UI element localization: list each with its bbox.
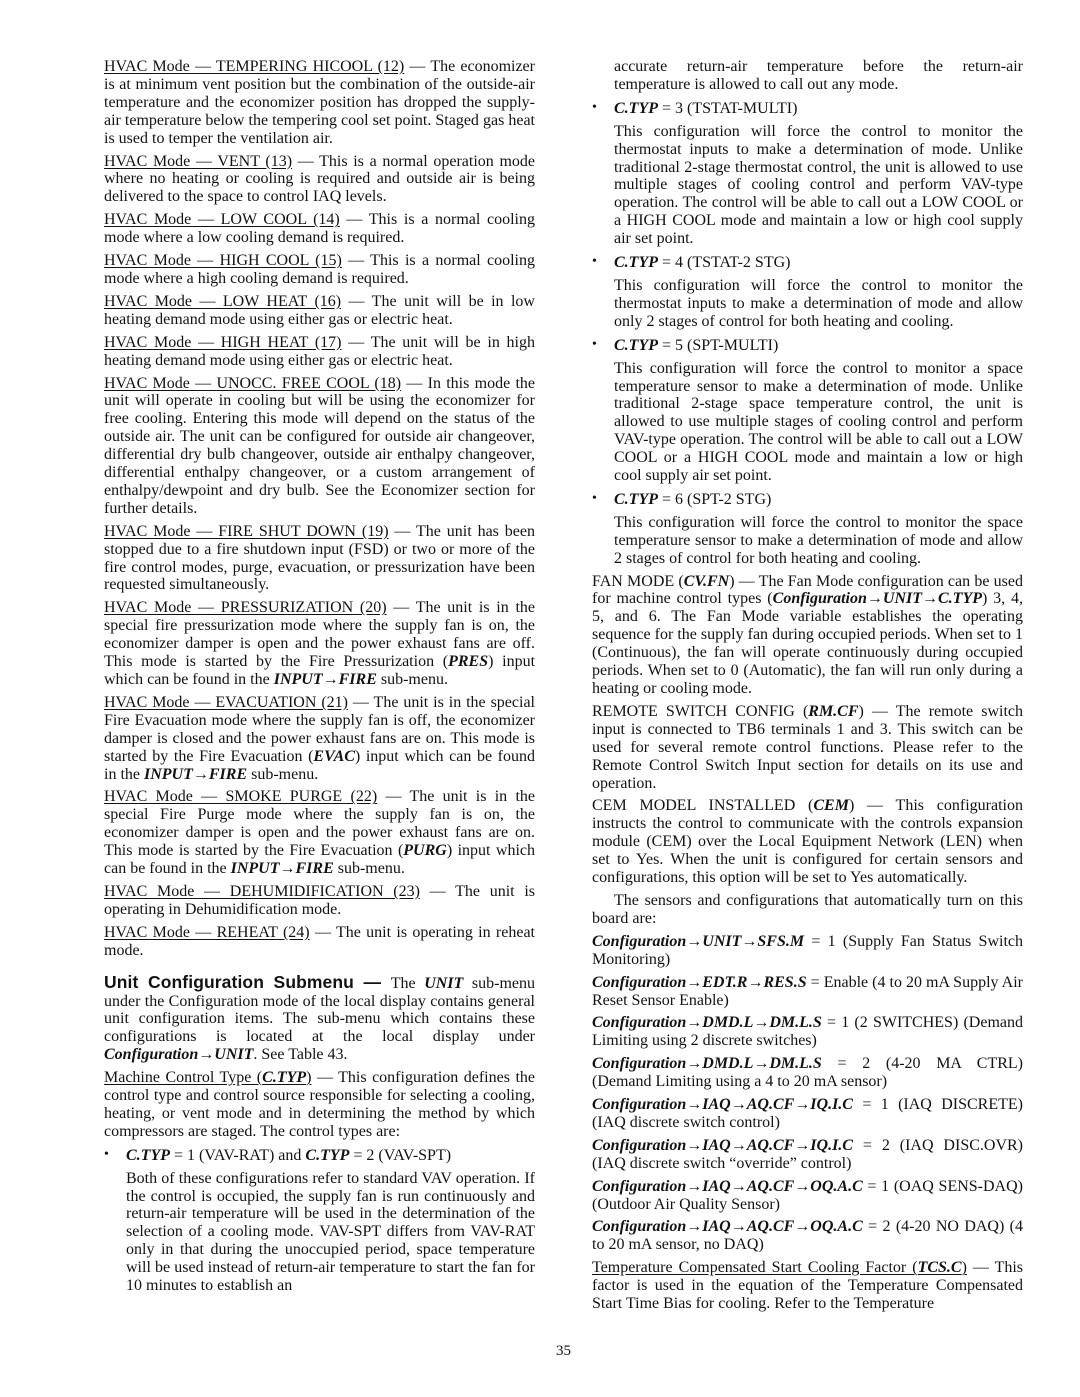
sub-paragraph: This configuration will force the contro…	[614, 277, 1023, 331]
term: Configuration→DMD.L→DM.L.S	[592, 1014, 822, 1031]
paragraph: HVAC Mode — VENT (13) — This is a normal…	[104, 153, 535, 207]
bullet-item: •C.TYP = 4 (TSTAT-2 STG)	[592, 254, 1023, 272]
paragraph: HVAC Mode — PRESSURIZATION (20) — The un…	[104, 599, 535, 689]
body-text: Both of these configurations refer to st…	[126, 1170, 535, 1294]
underlined-heading: HVAC Mode — PRESSURIZATION (20)	[104, 599, 387, 616]
body-text: This configuration will force the contro…	[614, 514, 1023, 567]
term: Configuration→DMD.L→DM.L.S	[592, 1055, 822, 1072]
body-text: = 4 (TSTAT-2 STG)	[658, 254, 790, 271]
body-text: = 1 (VAV-RAT) and	[170, 1147, 305, 1164]
left-column: HVAC Mode — TEMPERING HICOOL (12) — The …	[104, 58, 535, 1295]
body-text: The	[391, 975, 424, 992]
term: EVAC	[313, 748, 355, 765]
term: UNIT	[424, 975, 463, 992]
paragraph: The sensors and configurations that auto…	[592, 892, 1023, 928]
body-text: = 2 (VAV-SPT)	[349, 1147, 451, 1164]
body-text: FAN MODE (	[592, 573, 684, 590]
paragraph: Temperature Compensated Start Cooling Fa…	[592, 1259, 1023, 1313]
underlined-heading: HVAC Mode — REHEAT (24)	[104, 924, 310, 941]
paragraph: CEM MODEL INSTALLED (CEM) — This configu…	[592, 797, 1023, 887]
bullet-item: •C.TYP = 3 (TSTAT-MULTI)	[592, 100, 1023, 118]
underlined-heading: HVAC Mode — EVACUATION (21)	[104, 694, 348, 711]
bullet-icon: •	[104, 1147, 126, 1165]
sub-paragraph: This configuration will force the contro…	[614, 360, 1023, 485]
document-page: HVAC Mode — TEMPERING HICOOL (12) — The …	[0, 0, 1080, 1397]
paragraph: HVAC Mode — DEHUMIDIFICATION (23) — The …	[104, 883, 535, 919]
body-text: = 3 (TSTAT-MULTI)	[658, 100, 797, 117]
term: CV.FN	[684, 573, 730, 590]
bullet-item: •C.TYP = 5 (SPT-MULTI)	[592, 337, 1023, 355]
term: Configuration→UNIT→C.TYP	[773, 590, 982, 607]
bullet-label: C.TYP = 1 (VAV-RAT) and C.TYP = 2 (VAV-S…	[126, 1147, 535, 1165]
sub-paragraph: accurate return-air temperature before t…	[614, 58, 1023, 94]
body-text: sub-menu.	[377, 671, 448, 688]
paragraph: Configuration→IAQ→AQ.CF→IQ.I.C = 2 (IAQ …	[592, 1137, 1023, 1173]
underlined-heading: HVAC Mode — UNOCC. FREE COOL (18)	[104, 375, 401, 392]
term: INPUT→FIRE	[274, 671, 377, 688]
term: Configuration→IAQ→AQ.CF→OQ.A.C	[592, 1178, 863, 1195]
bullet-item: •C.TYP = 1 (VAV-RAT) and C.TYP = 2 (VAV-…	[104, 1147, 535, 1165]
term: C.TYP	[305, 1147, 349, 1164]
underlined-heading: HVAC Mode — SMOKE PURGE (22)	[104, 788, 377, 805]
term: Configuration→IAQ→AQ.CF→IQ.I.C	[592, 1137, 853, 1154]
paragraph: Configuration→UNIT→SFS.M = 1 (Supply Fan…	[592, 933, 1023, 969]
term: CEM	[813, 797, 849, 814]
body-text: CEM MODEL INSTALLED (	[592, 797, 813, 814]
bullet-label: C.TYP = 3 (TSTAT-MULTI)	[614, 100, 1023, 118]
underlined-heading: Temperature Compensated Start Cooling Fa…	[592, 1259, 918, 1276]
paragraph: Configuration→EDT.R→RES.S = Enable (4 to…	[592, 974, 1023, 1010]
term: INPUT→FIRE	[144, 766, 247, 783]
underlined-term: C.TYP	[262, 1069, 306, 1086]
term: Configuration→EDT.R→RES.S	[592, 974, 807, 991]
body-text: This configuration will force the contro…	[614, 277, 1023, 330]
bullet-icon: •	[592, 100, 614, 118]
underlined-heading: HVAC Mode — HIGH COOL (15)	[104, 252, 342, 269]
underlined-heading: HVAC Mode — LOW HEAT (16)	[104, 293, 341, 310]
underlined-heading: HVAC Mode — FIRE SHUT DOWN (19)	[104, 523, 389, 540]
underlined-heading: HVAC Mode — HIGH HEAT (17)	[104, 334, 342, 351]
body-text: REMOTE SWITCH CONFIG (	[592, 703, 808, 720]
body-text: This configuration will force the contro…	[614, 123, 1023, 247]
bullet-item: •C.TYP = 6 (SPT-2 STG)	[592, 491, 1023, 509]
paragraph: FAN MODE (CV.FN) — The Fan Mode configur…	[592, 573, 1023, 698]
underlined-heading: HVAC Mode — LOW COOL (14)	[104, 211, 340, 228]
body-text: sub-menu.	[247, 766, 318, 783]
underlined-heading: HVAC Mode — DEHUMIDIFICATION (23)	[104, 883, 420, 900]
bullet-label: C.TYP = 6 (SPT-2 STG)	[614, 491, 1023, 509]
section-heading-paragraph: Unit Configuration Submenu — The UNIT su…	[104, 973, 535, 1065]
body-text: = 5 (SPT-MULTI)	[658, 337, 778, 354]
paragraph: Configuration→IAQ→AQ.CF→OQ.A.C = 2 (4-20…	[592, 1218, 1023, 1254]
term: Configuration→IAQ→AQ.CF→OQ.A.C	[592, 1218, 863, 1235]
underlined-heading: Machine Control Type (	[104, 1069, 262, 1086]
body-text: sub-menu.	[334, 860, 405, 877]
term: RM.CF	[808, 703, 858, 720]
paragraph: HVAC Mode — HIGH HEAT (17) — The unit wi…	[104, 334, 535, 370]
underlined-term: TCS.C	[918, 1259, 962, 1276]
body-text: The sensors and configurations that auto…	[592, 892, 1023, 927]
paragraph: HVAC Mode — TEMPERING HICOOL (12) — The …	[104, 58, 535, 148]
paragraph: HVAC Mode — HIGH COOL (15) — This is a n…	[104, 252, 535, 288]
bullet-label: C.TYP = 4 (TSTAT-2 STG)	[614, 254, 1023, 272]
term: Configuration→UNIT	[104, 1046, 253, 1063]
body-text: . See Table 43.	[253, 1046, 347, 1063]
paragraph: HVAC Mode — REHEAT (24) — The unit is op…	[104, 924, 535, 960]
paragraph: HVAC Mode — FIRE SHUT DOWN (19) — The un…	[104, 523, 535, 595]
body-text: — In this mode the unit will operate in …	[104, 375, 535, 517]
sub-paragraph: This configuration will force the contro…	[614, 514, 1023, 568]
underlined-heading: HVAC Mode — VENT (13)	[104, 153, 292, 170]
section-title: Unit Configuration Submenu —	[104, 972, 391, 992]
underlined-heading: HVAC Mode — TEMPERING HICOOL (12)	[104, 58, 404, 75]
paragraph: Configuration→IAQ→AQ.CF→OQ.A.C = 1 (OAQ …	[592, 1178, 1023, 1214]
bullet-icon: •	[592, 254, 614, 272]
paragraph: HVAC Mode — LOW COOL (14) — This is a no…	[104, 211, 535, 247]
paragraph: Configuration→DMD.L→DM.L.S = 1 (2 SWITCH…	[592, 1014, 1023, 1050]
term: C.TYP	[614, 100, 658, 117]
term: C.TYP	[126, 1147, 170, 1164]
term: INPUT→FIRE	[231, 860, 334, 877]
body-text: This configuration will force the contro…	[614, 360, 1023, 484]
term: PURG	[403, 842, 447, 859]
paragraph: HVAC Mode — UNOCC. FREE COOL (18) — In t…	[104, 375, 535, 518]
term: PRES	[448, 653, 488, 670]
body-text: = 6 (SPT-2 STG)	[658, 491, 771, 508]
right-column: accurate return-air temperature before t…	[592, 58, 1023, 1313]
bullet-icon: •	[592, 491, 614, 509]
paragraph: HVAC Mode — EVACUATION (21) — The unit i…	[104, 694, 535, 784]
page-number: 35	[104, 1343, 1023, 1360]
paragraph: REMOTE SWITCH CONFIG (RM.CF) — The remot…	[592, 703, 1023, 793]
term: C.TYP	[614, 254, 658, 271]
sub-paragraph: This configuration will force the contro…	[614, 123, 1023, 248]
term: C.TYP	[614, 337, 658, 354]
paragraph: Configuration→IAQ→AQ.CF→IQ.I.C = 1 (IAQ …	[592, 1096, 1023, 1132]
sub-paragraph: Both of these configurations refer to st…	[126, 1170, 535, 1295]
body-text: accurate return-air temperature before t…	[614, 58, 1023, 93]
paragraph: Machine Control Type (C.TYP) — This conf…	[104, 1069, 535, 1141]
bullet-label: C.TYP = 5 (SPT-MULTI)	[614, 337, 1023, 355]
term: Configuration→IAQ→AQ.CF→IQ.I.C	[592, 1096, 853, 1113]
term: Configuration→UNIT→SFS.M	[592, 933, 804, 950]
bullet-icon: •	[592, 337, 614, 355]
paragraph: Configuration→DMD.L→DM.L.S = 2 (4-20 MA …	[592, 1055, 1023, 1091]
paragraph: HVAC Mode — LOW HEAT (16) — The unit wil…	[104, 293, 535, 329]
term: C.TYP	[614, 491, 658, 508]
paragraph: HVAC Mode — SMOKE PURGE (22) — The unit …	[104, 788, 535, 878]
